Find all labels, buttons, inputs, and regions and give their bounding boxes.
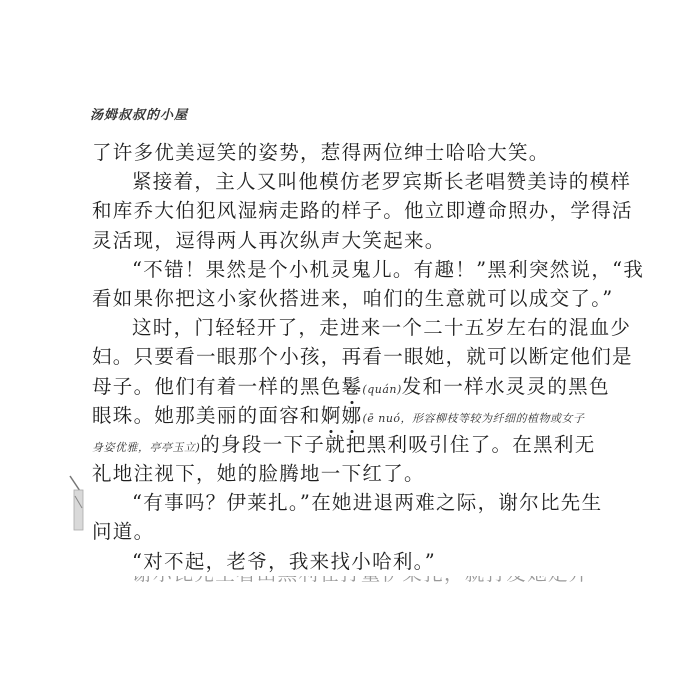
book-page: 汤姆叔叔的小屋 了许多优美逗笑的姿势，惹得两位绅士哈哈大笑。 紧接着，主人又叫他… [0,0,700,700]
text-line: 礼地注视下，她的脸腾地一下红了。 [92,459,616,488]
text-line: 这时，门轻轻开了，走进来一个二十五岁左右的混血少 [92,313,616,342]
pinyin-note: (quán) [362,383,401,396]
text-line: 紧接着，主人又叫他模仿老罗宾斯长老唱赞美诗的模样 [92,167,616,196]
cut-off-text-line: 谢尔比先生看出黑利在打量伊莱扎，就打发她走开了。 [92,576,616,588]
text-segment: 眼珠。她那美丽的面容和 [92,404,321,427]
running-header-title: 汤姆叔叔的小屋 [90,104,188,123]
text-line: 妇。只要看一眼那个小孩，再看一眼她，就可以断定他们是 [92,342,616,371]
annotated-character: 鬈 [342,375,363,398]
body-text: 了许多优美逗笑的姿势，惹得两位绅士哈哈大笑。 紧接着，主人又叫他模仿老罗宾斯长老… [92,138,616,588]
text-line-annotated: 母子。他们有着一样的黑色鬈(quán)发和一样水灵灵的黑色 [92,372,616,401]
text-line: “有事吗？伊莱扎。”在她进退两难之际，谢尔比先生 [92,488,616,517]
definition-note: 身姿优雅，亭亭玉立) [92,441,200,454]
text-segment: 谢尔比先生看出黑利在打量伊莱扎，就打发她走开了。 [132,576,590,588]
text-line: 了许多优美逗笑的姿势，惹得两位绅士哈哈大笑。 [92,138,616,167]
text-segment: 的身段一下子就把黑利吸引住了。在黑利无 [200,433,595,456]
text-line: “不错！果然是个小机灵鬼儿。有趣！”黑利突然说，“我 [92,255,616,284]
text-line: “对不起，老爷，我来找小哈利。” [92,547,616,576]
annotated-character: 娜 [342,404,363,427]
text-segment: 母子。他们有着一样的黑色 [92,375,342,398]
text-line: 灵活现，逗得两人再次纵声大笑起来。 [92,226,616,255]
annotated-character: 婀 [321,404,342,427]
text-line-annotated: 眼珠。她那美丽的面容和婀娜(ē nuó，形容柳枝等较为纤细的植物或女子 [92,401,616,430]
text-line-annotated: 身姿优雅，亭亭玉立)的身段一下子就把黑利吸引住了。在黑利无 [92,430,616,459]
text-segment: 发和一样水灵灵的黑色 [402,375,610,398]
bookmark-tab-icon [68,472,90,532]
text-line: 问道。 [92,517,616,546]
text-line: 和库乔大伯犯风湿病走路的样子。他立即遵命照办，学得活 [92,196,616,225]
definition-note: (ē nuó，形容柳枝等较为纤细的植物或女子 [362,412,584,425]
text-line: 看如果你把这小家伙搭进来，咱们的生意就可以成交了。” [92,284,616,313]
